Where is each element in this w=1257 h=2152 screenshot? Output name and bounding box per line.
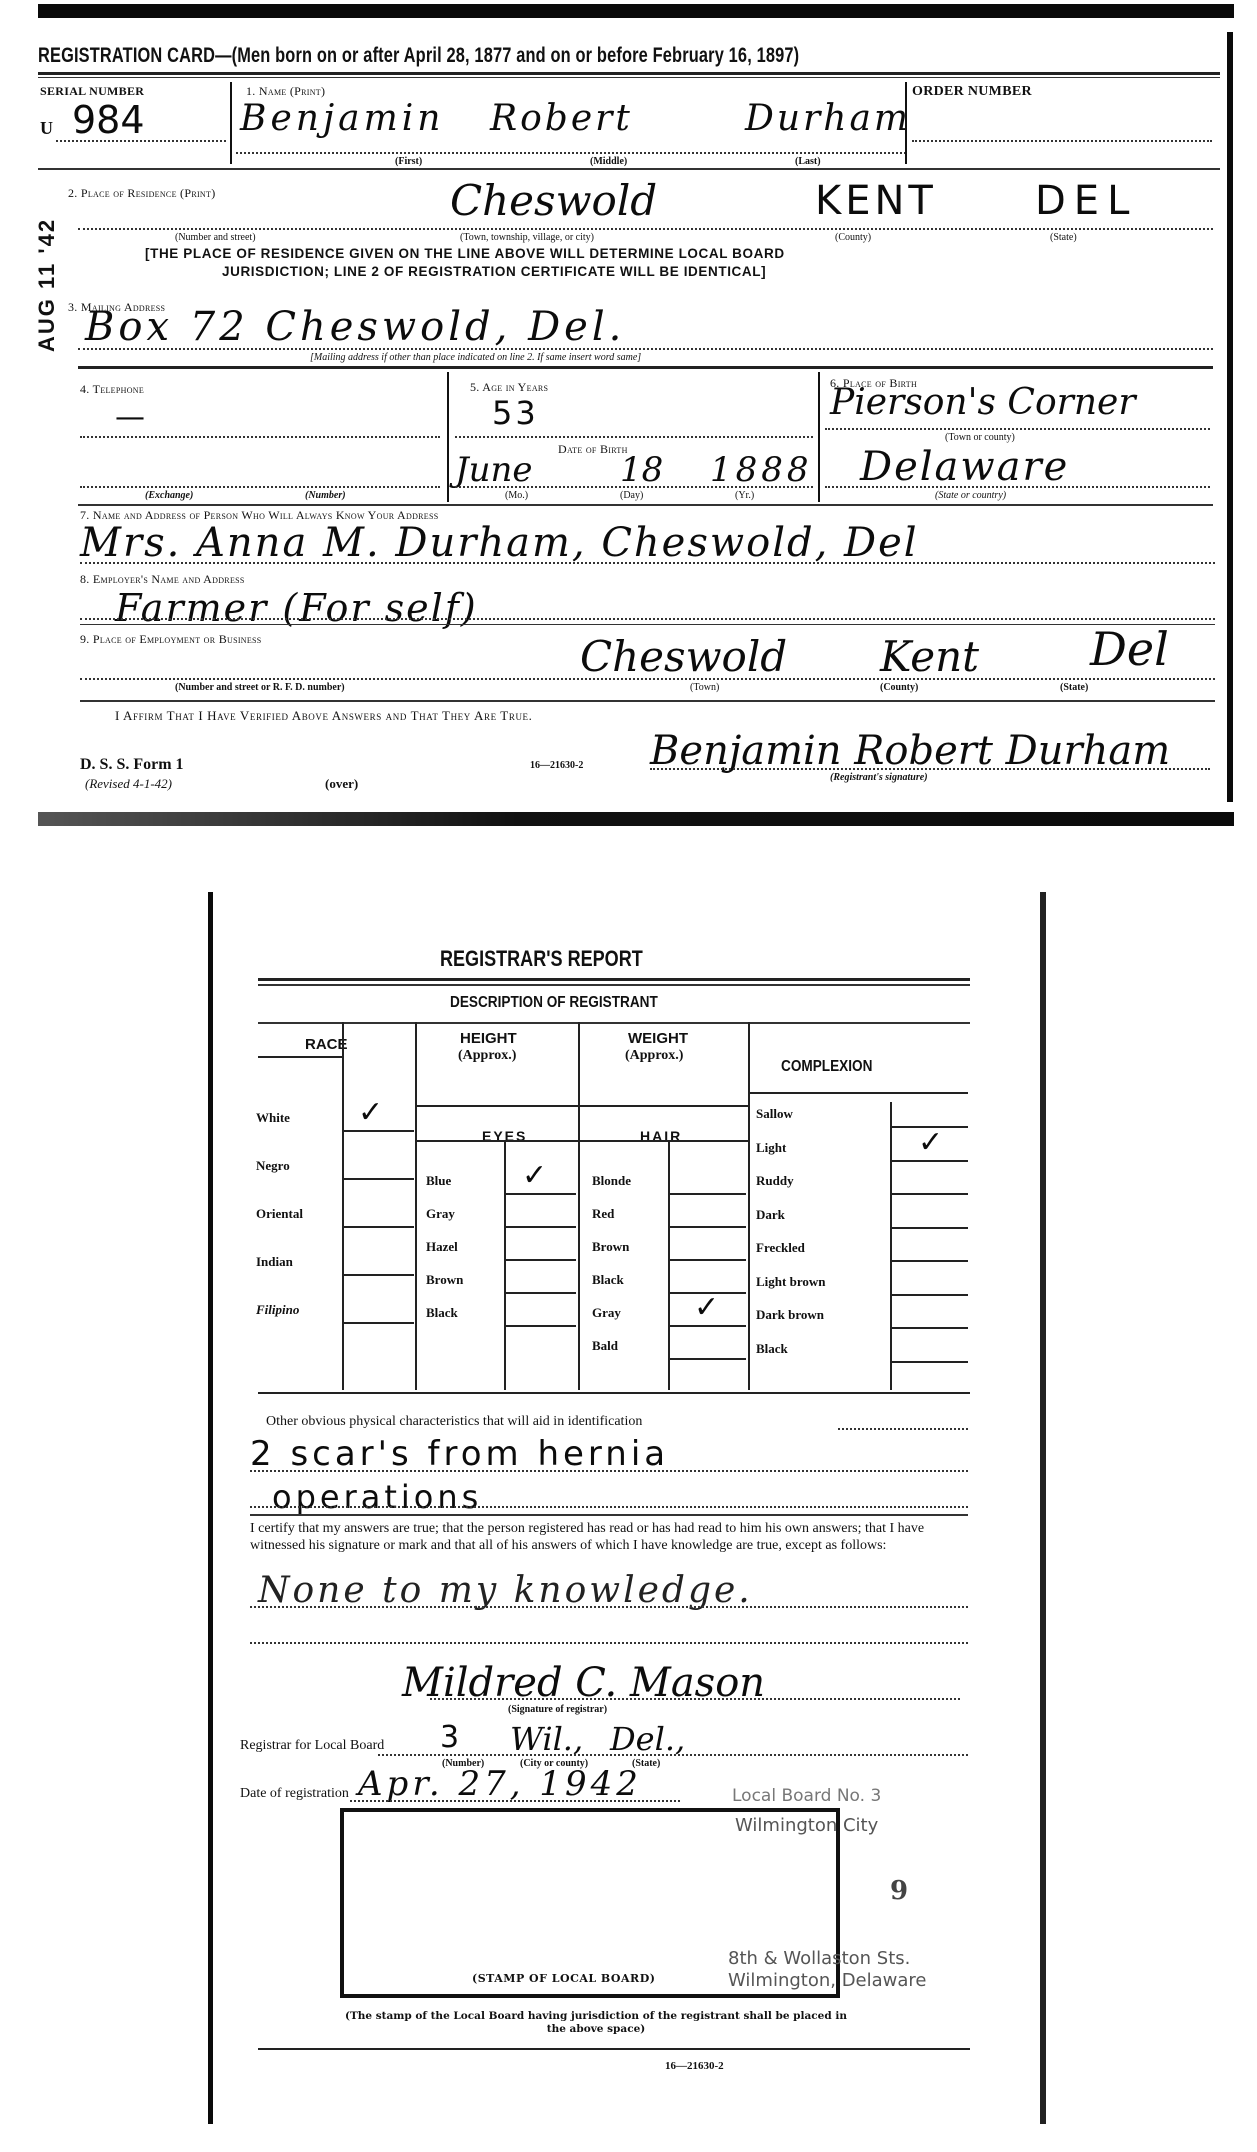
hair-option-label: Red xyxy=(592,1206,614,1222)
eyes-option-label: Brown xyxy=(426,1272,463,1288)
card-left-edge xyxy=(208,892,213,2124)
hair-option-checkbox[interactable] xyxy=(670,1226,746,1228)
local-board-line xyxy=(378,1754,968,1756)
employer-line xyxy=(80,618,1215,620)
card-right-edge xyxy=(1227,32,1233,802)
race-option-label: Oriental xyxy=(256,1206,303,1222)
grid-line xyxy=(342,1022,344,1390)
signature-line xyxy=(650,768,1210,770)
board-stamp-line4: Wilmington, Delaware xyxy=(728,1970,927,1991)
grid-line xyxy=(890,1102,892,1390)
exceptions-value: None to my knowledge. xyxy=(258,1570,753,1611)
divider xyxy=(80,624,1215,625)
local-board-city: Wil., xyxy=(510,1720,583,1758)
birth-day: 18 xyxy=(620,450,663,490)
complexion-option-checkbox[interactable] xyxy=(892,1160,968,1162)
divider xyxy=(258,1022,970,1024)
complexion-option-checkbox[interactable] xyxy=(892,1361,968,1363)
received-date-stamp: AUG 11 '42 xyxy=(34,218,60,352)
physical-characteristics-label: Other obvious physical characteristics t… xyxy=(266,1414,642,1430)
eyes-option-checkbox[interactable] xyxy=(506,1325,576,1327)
registrar-signature-caption: (Signature of registrar) xyxy=(508,1704,607,1715)
hair-option-checkbox[interactable] xyxy=(670,1259,746,1261)
board-stamp-number: 9 xyxy=(890,1876,908,1906)
race-option-label: Negro xyxy=(256,1158,290,1174)
eyes-option-label: Black xyxy=(426,1305,458,1321)
name-label: 1. Name (Print) xyxy=(246,84,325,99)
stamp-note: (The stamp of the Local Board having jur… xyxy=(336,2010,856,2036)
contact-person-line xyxy=(80,562,1215,564)
telephone-caption-number: (Number) xyxy=(305,490,346,501)
divider xyxy=(258,978,970,981)
employment-caption-street: (Number and street or R. F. D. number) xyxy=(175,682,345,693)
serial-prefix: U xyxy=(40,118,53,139)
physical-line-0 xyxy=(838,1428,968,1430)
check-mark-icon: ✓ xyxy=(358,1098,383,1128)
age-label: 5. Age in Years xyxy=(470,380,548,395)
complexion-option-label: Ruddy xyxy=(756,1173,794,1189)
residence-notice-line1: [THE PLACE OF RESIDENCE GIVEN ON THE LIN… xyxy=(145,246,785,261)
eyes-option-checkbox[interactable] xyxy=(506,1259,576,1261)
registration-date-line xyxy=(350,1800,680,1802)
grid-line xyxy=(578,1022,580,1390)
residence-caption-county: (County) xyxy=(835,232,871,243)
certify-text: I certify that my answers are true; that… xyxy=(250,1520,970,1554)
hair-option-label: Blonde xyxy=(592,1173,631,1189)
local-board-number: 3 xyxy=(440,1720,459,1755)
card-right-edge xyxy=(1040,892,1046,2124)
grid-line xyxy=(415,1140,748,1142)
grid-line xyxy=(748,1092,968,1094)
hair-option-label: Black xyxy=(592,1272,624,1288)
vertical-divider xyxy=(905,82,907,164)
report-title: REGISTRAR'S REPORT xyxy=(440,946,643,972)
divider xyxy=(78,366,1213,369)
date-of-birth-line xyxy=(455,486,813,488)
complexion-option-checkbox[interactable] xyxy=(892,1227,968,1229)
place-of-birth-town-line xyxy=(825,428,1210,430)
residence-caption-state: (State) xyxy=(1050,232,1077,243)
order-number-label: ORDER NUMBER xyxy=(912,84,1032,100)
telephone-label: 4. Telephone xyxy=(80,382,144,397)
employment-state: Del xyxy=(1090,622,1169,676)
eyes-option-checkbox[interactable] xyxy=(506,1292,576,1294)
eyes-option-label: Blue xyxy=(426,1173,451,1189)
residence-label: 2. Place of Residence (Print) xyxy=(68,186,216,201)
divider xyxy=(78,504,1213,506)
order-number-field xyxy=(912,140,1212,142)
divider xyxy=(258,2048,970,2050)
eyes-option-label: Hazel xyxy=(426,1239,458,1255)
signature-caption: (Registrant's signature) xyxy=(830,772,928,783)
exceptions-line-2 xyxy=(250,1642,968,1644)
grid-line xyxy=(415,1105,748,1107)
residence-line xyxy=(78,228,1213,230)
report-subtitle: DESCRIPTION OF REGISTRANT xyxy=(450,994,658,1012)
place-of-birth-state-caption: (State or country) xyxy=(935,490,1006,501)
divider xyxy=(80,700,1215,702)
eyes-option-checkbox[interactable] xyxy=(506,1193,576,1195)
age-value: 53 xyxy=(492,394,539,432)
serial-number-value: 984 xyxy=(72,98,145,142)
registration-date-label: Date of registration xyxy=(240,1786,349,1802)
employer-label: 8. Employer's Name and Address xyxy=(80,572,245,587)
board-stamp-line3: 8th & Wollaston Sts. xyxy=(728,1948,910,1969)
check-mark-icon: ✓ xyxy=(918,1128,943,1158)
age-line xyxy=(455,436,813,438)
grid-line xyxy=(415,1022,417,1390)
complexion-option-label: Dark brown xyxy=(756,1307,824,1323)
race-option-checkbox[interactable] xyxy=(344,1178,414,1180)
complexion-option-checkbox[interactable] xyxy=(892,1193,968,1195)
residence-town: Cheswold xyxy=(450,176,657,225)
residence-county: KENT xyxy=(815,178,937,224)
grid-line xyxy=(258,1056,342,1058)
report-print-code: 16—21630-2 xyxy=(665,2060,724,2072)
hair-option-label: Brown xyxy=(592,1239,629,1255)
name-middle-caption: (Middle) xyxy=(590,156,627,167)
race-option-checkbox[interactable] xyxy=(344,1274,414,1276)
height-header: HEIGHT xyxy=(460,1030,517,1047)
telephone-caption-exchange: (Exchange) xyxy=(145,490,193,501)
physical-characteristics-line2: operations xyxy=(272,1478,482,1516)
divider xyxy=(250,1514,968,1516)
name-last: Durham xyxy=(745,98,911,139)
employment-caption-town: (Town) xyxy=(690,682,719,693)
place-of-birth-state-line xyxy=(825,486,1210,488)
affirmation-text: I Affirm That I Have Verified Above Answ… xyxy=(115,708,533,724)
place-of-employment-label: 9. Place of Employment or Business xyxy=(80,632,262,647)
race-option-label: White xyxy=(256,1110,290,1126)
hair-option-checkbox[interactable] xyxy=(670,1325,746,1327)
mailing-address-caption: [Mailing address if other than place ind… xyxy=(310,352,641,363)
hair-option-checkbox[interactable] xyxy=(670,1193,746,1195)
mailing-address-value: Box 72 Cheswold, Del. xyxy=(85,304,625,350)
mailing-address-line xyxy=(78,348,1213,350)
form-id: D. S. S. Form 1 xyxy=(80,756,184,774)
over-note: (over) xyxy=(325,776,358,792)
form-revised: (Revised 4-1-42) xyxy=(85,776,172,792)
divider xyxy=(38,77,1220,78)
race-option-checkbox[interactable] xyxy=(344,1130,414,1132)
complexion-option-checkbox[interactable] xyxy=(892,1327,968,1329)
vertical-divider xyxy=(230,82,232,164)
name-line xyxy=(236,152,906,154)
place-of-birth-state: Delaware xyxy=(860,444,1069,490)
race-option-checkbox[interactable] xyxy=(344,1226,414,1228)
birth-month: June xyxy=(455,450,533,490)
place-of-birth-town-caption: (Town or county) xyxy=(945,432,1015,443)
card-top-edge xyxy=(38,4,1234,18)
grid-line xyxy=(258,1392,970,1394)
complexion-option-label: Light brown xyxy=(756,1274,825,1290)
race-option-label: Filipino xyxy=(256,1302,299,1318)
eyes-option-checkbox[interactable] xyxy=(506,1226,576,1228)
name-last-caption: (Last) xyxy=(795,156,821,167)
telephone-value: — xyxy=(115,400,145,435)
physical-line-1 xyxy=(250,1470,968,1472)
local-board-label: Registrar for Local Board xyxy=(240,1738,384,1754)
race-option-label: Indian xyxy=(256,1254,293,1270)
name-first-caption: (First) xyxy=(395,156,422,167)
employment-caption-state: (State) xyxy=(1060,682,1088,693)
hair-option-checkbox[interactable] xyxy=(670,1358,746,1360)
stamp-box-label: (STAMP OF LOCAL BOARD) xyxy=(472,1972,655,1985)
employment-caption-county: (County) xyxy=(880,682,918,693)
name-middle: Robert xyxy=(490,98,633,139)
physical-line-2 xyxy=(250,1506,968,1508)
check-mark-icon: ✓ xyxy=(694,1293,719,1323)
print-code: 16—21630-2 xyxy=(530,760,583,771)
check-mark-icon: ✓ xyxy=(522,1161,547,1191)
divider xyxy=(258,984,970,986)
date-of-birth-label: Date of Birth xyxy=(558,442,628,457)
employment-town: Cheswold xyxy=(580,632,787,681)
birth-year: 1888 xyxy=(710,450,813,490)
complexion-option-label: Freckled xyxy=(756,1240,805,1256)
complexion-option-checkbox[interactable] xyxy=(892,1294,968,1296)
eyes-option-label: Gray xyxy=(426,1206,455,1222)
complexion-option-label: Black xyxy=(756,1341,788,1357)
residence-caption-street: (Number and street) xyxy=(175,232,256,243)
board-stamp-line2: Wilmington City xyxy=(735,1815,878,1836)
weight-header: WEIGHT xyxy=(628,1030,688,1047)
hair-option-label: Bald xyxy=(592,1338,618,1354)
residence-notice-line2: JURISDICTION; LINE 2 OF REGISTRATION CER… xyxy=(222,264,766,279)
board-stamp-line1: Local Board No. 3 xyxy=(732,1786,881,1806)
divider xyxy=(38,72,1220,75)
local-board-state: Del., xyxy=(610,1720,685,1758)
complexion-option-label: Light xyxy=(756,1140,786,1156)
card-bottom-edge xyxy=(38,812,1234,826)
physical-characteristics-line1: 2 scar's from hernia xyxy=(250,1434,669,1474)
grid-line xyxy=(748,1022,750,1390)
name-first: Benjamin xyxy=(240,98,444,139)
hair-option-label: Gray xyxy=(592,1305,621,1321)
birth-month-caption: (Mo.) xyxy=(505,490,528,501)
place-of-birth-town: Pierson's Corner xyxy=(830,382,1136,423)
vertical-divider xyxy=(818,372,820,502)
birth-year-caption: (Yr.) xyxy=(735,490,754,501)
complexion-header: COMPLEXION xyxy=(781,1058,872,1076)
registrar-signature-line xyxy=(430,1698,960,1700)
weight-subheader: (Approx.) xyxy=(625,1048,683,1064)
place-of-employment-line xyxy=(80,678,1215,680)
employment-county: Kent xyxy=(880,632,979,681)
race-option-checkbox[interactable] xyxy=(344,1322,414,1324)
serial-number-label: SERIAL NUMBER xyxy=(40,84,144,99)
exceptions-line xyxy=(250,1606,968,1608)
telephone-number-line xyxy=(80,486,440,488)
contact-person-value: Mrs. Anna M. Durham, Cheswold, Del xyxy=(80,520,919,566)
telephone-exchange-line xyxy=(80,436,440,438)
divider xyxy=(38,168,1220,170)
grid-line xyxy=(668,1142,670,1390)
height-subheader: (Approx.) xyxy=(458,1048,516,1064)
complexion-option-label: Sallow xyxy=(756,1106,793,1122)
grid-line xyxy=(504,1142,506,1390)
card-title: REGISTRATION CARD—(Men born on or after … xyxy=(38,44,799,68)
vertical-divider xyxy=(447,372,449,502)
serial-number-line xyxy=(56,140,226,142)
birth-day-caption: (Day) xyxy=(620,490,643,501)
complexion-option-label: Dark xyxy=(756,1207,785,1223)
residence-caption-town: (Town, township, village, or city) xyxy=(460,232,594,243)
complexion-option-checkbox[interactable] xyxy=(892,1260,968,1262)
registration-date-value: Apr. 27, 1942 xyxy=(358,1764,642,1804)
residence-state: DEL xyxy=(1035,178,1137,224)
